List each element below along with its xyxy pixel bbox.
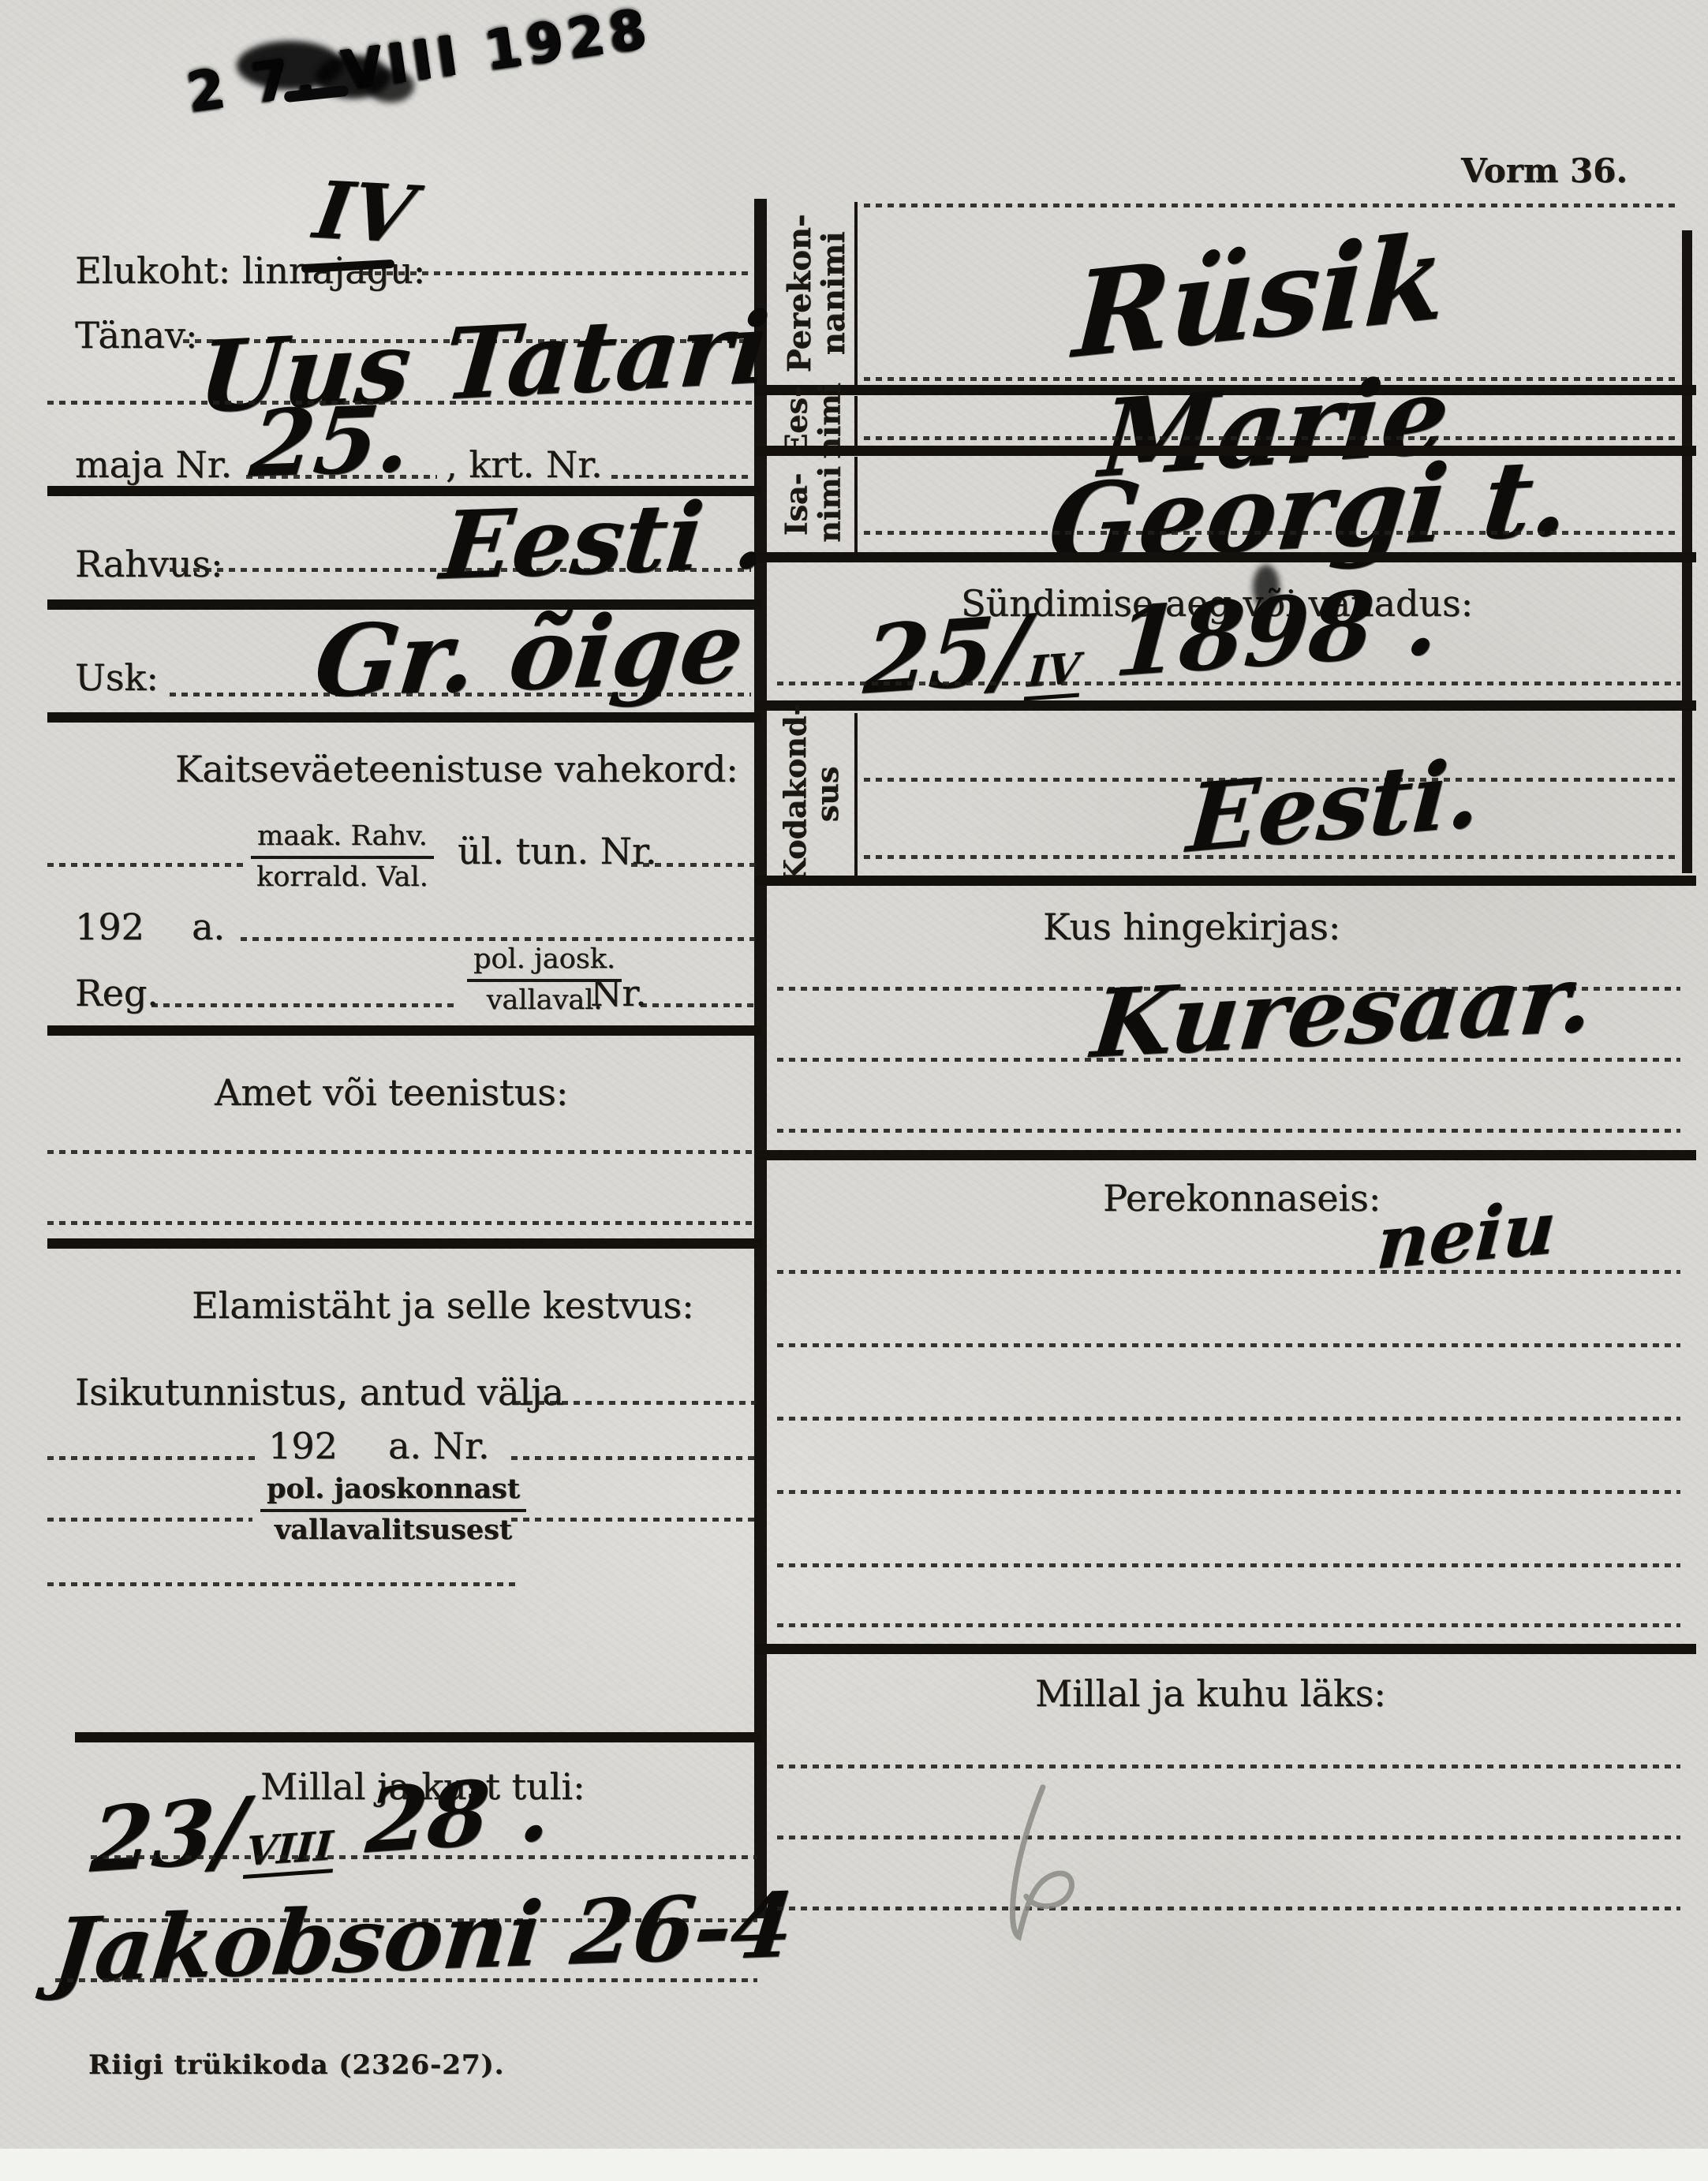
isikutunnistus-label: Isikutunnistus, antud välja [75,1371,564,1414]
dotted-line [47,1150,756,1154]
year-192-label: 192 [75,906,144,948]
section-rule [756,552,1696,562]
maak-korrald-fraction: maak. Rahv. korrald. Val. [251,820,434,894]
vallavalitsusest-label: vallavalitsusest [260,1512,526,1546]
krt-nr-label: , krt. Nr. [446,443,603,486]
tuli-date-handwriting: 23/VIII 28 . [88,1757,554,1893]
dotted-line [55,1978,757,1982]
year2-192-label: 192 [268,1425,338,1467]
section-rule [756,700,1696,711]
dotted-line [864,204,1680,207]
kaitsevaeteenistus-heading: Kaitseväeteenistuse vahekord: [175,748,738,790]
column-divider [754,199,767,1918]
label-separator-rule [854,457,858,552]
dotted-line [777,1563,1680,1567]
elamistaht-heading: Elamistäht ja selle kestvus: [192,1284,694,1327]
tanav-label: Tänav: [75,314,197,357]
isanimi-value-handwriting: Georgi t. [1043,434,1575,587]
printer-imprint: Riigi trükikoda (2326-27). [88,2049,504,2081]
reg-nr-label: Nr. [590,972,647,1014]
dotted-line [611,475,751,479]
dotted-line [777,1417,1680,1421]
dotted-line [777,1623,1680,1627]
dotted-line [151,1003,458,1007]
korrald-val-label: korrald. Val. [251,859,434,893]
dotted-line [363,271,751,275]
maja-nr-value-handwriting: 25. [245,385,416,499]
tuli-date-month: VIII [243,1822,336,1879]
label-separator-rule [854,396,858,446]
perekonnanimi-label-line1: Perekon- [783,214,817,372]
rahvus-label: Rahvus: [75,543,222,585]
dotted-line [511,1456,756,1460]
sundimise-day: 25/ [861,593,1032,715]
pencil-mark [983,1776,1097,1951]
pol-jaoskonnast-fraction: pol. jaoskonnast vallavalitsusest [260,1473,526,1547]
dotted-line [777,1129,1680,1133]
dotted-line [91,1855,757,1859]
dotted-line [777,1058,1680,1062]
section-rule [47,712,761,723]
usk-value-handwriting: Gr. õige [310,590,749,720]
isanimi-vertical-label: Isa- nimi [776,450,850,560]
sundimise-value-handwriting: 25/IV 1898 . [861,565,1442,715]
form-number: Vorm 36. [1461,151,1628,190]
dotted-line [777,1836,1680,1839]
kodakondsus-value-handwriting: Eesti. [1184,738,1484,874]
perekonnanimi-vertical-label: Perekon- nanimi [773,207,860,380]
maja-nr-label: maja Nr. [75,443,232,486]
dotted-line [47,1582,521,1586]
dotted-line [864,531,1680,535]
dotted-line [777,1765,1680,1768]
dotted-line [246,475,437,479]
sundimise-month: IV [1024,643,1083,700]
dotted-line [777,1270,1680,1274]
dotted-line [47,1456,259,1460]
section-rule [47,1238,761,1249]
scan-edge [0,2149,1708,2181]
dotted-line [864,855,1680,859]
section-rule [756,1644,1696,1654]
registration-form-page: 2 7. VIII 1928 Vorm 36. Elukoht: linnaja… [0,0,1708,2181]
section-rule [756,1150,1696,1160]
year2-a-nr-label: a. Nr. [388,1425,489,1467]
kodakondsus-vertical-label: Kodakond- sus [772,715,850,873]
dotted-line [777,1490,1680,1494]
hingekirjas-label: Kus hingekirjas: [1043,906,1340,948]
label-separator-rule [854,713,858,876]
dotted-line [777,1343,1680,1347]
rahvus-value-handwriting: Eesti . [436,479,773,600]
ul-tun-nr-label: ül. tun. Nr. [458,830,656,872]
pol-jaoskonnast-label: pol. jaoskonnast [260,1473,526,1512]
isanimi-label-line1: Isa- [780,473,813,536]
section-rule [47,1025,761,1036]
isanimi-label-line2: nimi [813,466,845,543]
tuli-date-day: 23/ [88,1778,250,1893]
dotted-line [47,1221,756,1225]
maak-rahv-label: maak. Rahv. [251,820,434,859]
dotted-line [641,1003,756,1007]
dotted-line [511,1518,756,1522]
section-rule [756,876,1696,886]
perekonnanimi-label-line2: nanimi [817,232,850,356]
dotted-line [631,863,756,867]
elukoht-value-handwriting: IV [308,163,421,261]
year-a-label: a. [192,906,225,948]
dotted-line [514,1401,756,1405]
dotted-line [777,682,1680,685]
reg-label: Reg. [75,972,159,1014]
perekonnaseis-label: Perekonnaseis: [1103,1177,1381,1219]
kodakondsus-label-line2: sus [811,767,843,822]
stamp-ink-blot [367,69,414,103]
dotted-line [241,937,756,941]
section-rule [75,1732,761,1742]
amet-heading: Amet või teenistus: [215,1071,568,1114]
dotted-line [47,1518,252,1522]
usk-label: Usk: [75,656,159,699]
dotted-line [47,863,243,867]
millal-kuhu-laks-heading: Millal ja kuhu läks: [1035,1672,1386,1715]
tuli-from-handwriting: Jakobsoni 26-4 [48,1873,798,2003]
kodakondsus-label-line1: Kodakond- [779,704,811,885]
dotted-line [777,1907,1680,1910]
